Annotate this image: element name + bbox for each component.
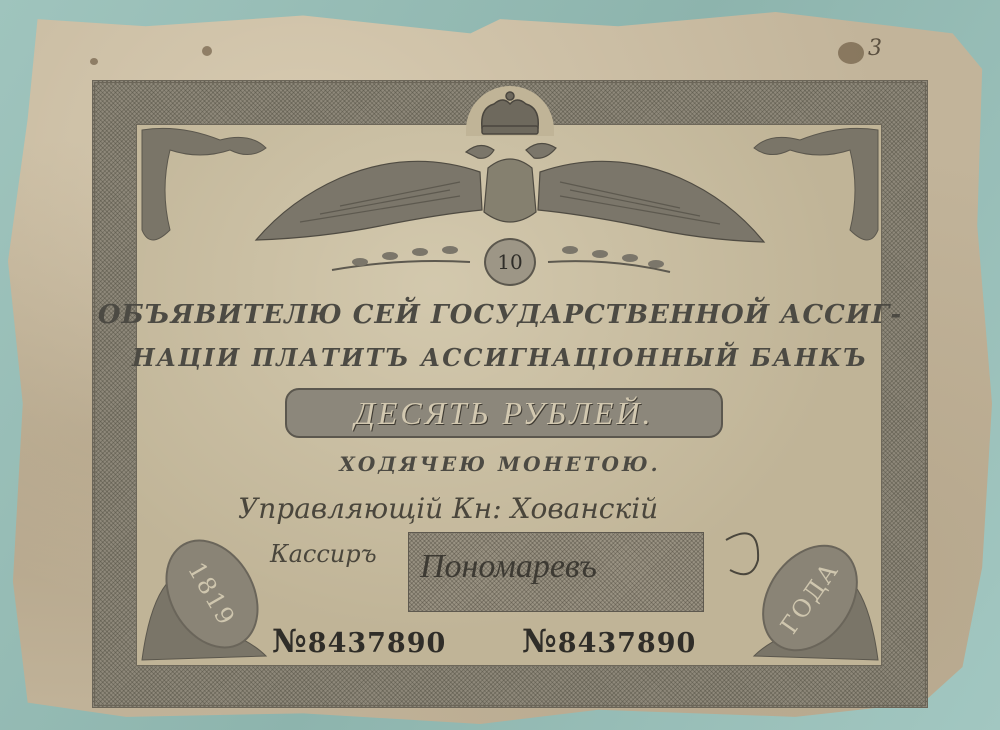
numero-sign: № [272, 622, 308, 660]
heading-line-1: ОБЪЯВИТЕЛЮ СЕЙ ГОСУДАРСТВЕННОЙ АССИГ- [0, 300, 1000, 330]
numero-sign: № [522, 622, 558, 660]
denomination-text: ДЕСЯТЬ РУБЛЕЙ. [355, 395, 654, 432]
serial-digits: 8437890 [558, 628, 697, 659]
cashier-label: Кассиръ [270, 540, 377, 568]
year-suffix-text: ГОДА [775, 557, 845, 640]
flourish-icon [726, 533, 758, 574]
manager-signature-line: Управляющій Кн: Хованскій [238, 492, 658, 525]
denomination-cartouche: ДЕСЯТЬ РУБЛЕЙ. [285, 388, 723, 438]
serial-number-right: №8437890 [522, 622, 696, 660]
cashier-signature: Пономаревъ [420, 548, 597, 586]
serial-number-left: №8437890 [272, 622, 446, 660]
crown-icon [482, 92, 539, 134]
medallion-value: 10 [497, 250, 522, 274]
year-text: 1819 [183, 557, 242, 631]
currency-line: ХОДЯЧЕЮ МОНЕТОЮ. [0, 452, 1000, 476]
double-headed-eagle-icon [256, 143, 764, 242]
denomination-medallion: 10 [484, 238, 536, 286]
heading-line-2: НАЦІИ ПЛАТИТЪ АССИГНАЦІОННЫЙ БАНКЪ [0, 343, 1000, 372]
serial-digits: 8437890 [308, 628, 447, 659]
